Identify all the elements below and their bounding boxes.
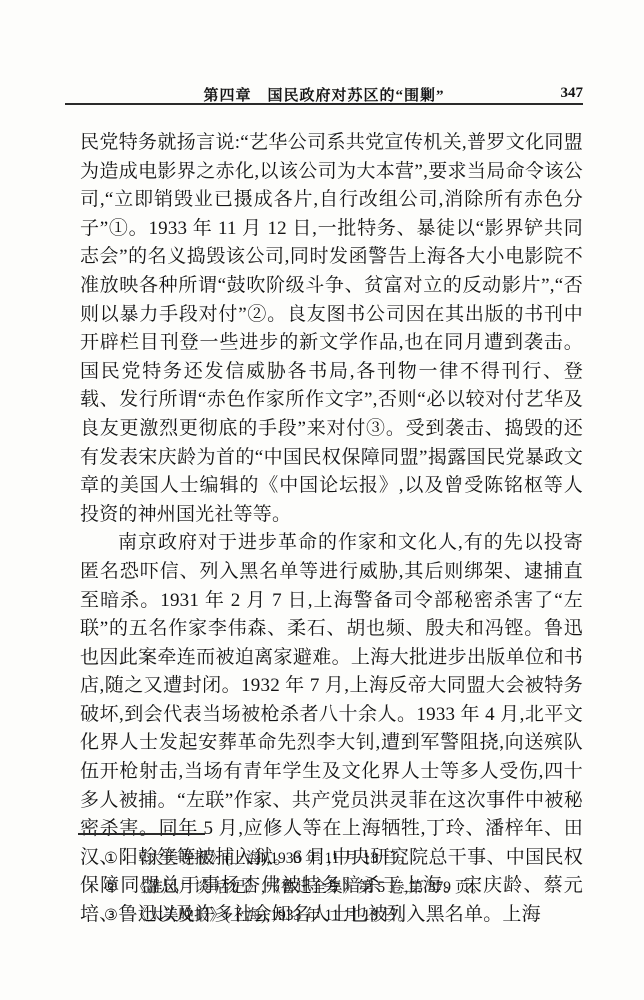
header-rule	[65, 103, 583, 105]
footnote-divider	[78, 833, 205, 835]
footnote-item: ③ 《大美晚报》(上海),1933 年 11 月 13 日。	[104, 902, 564, 931]
footnote-text: 《准风月谈·后记》,《鲁迅全集》第 5 卷,第 379 页。	[132, 874, 564, 903]
footnote-text: 《大美晚报》(上海),1933 年 11 月 13 日。	[132, 845, 564, 874]
paragraph: 民党特务就扬言说:“艺华公司系共党宣传机关,普罗文化同盟为造成电影界之赤化,以该…	[80, 129, 583, 529]
footnote-marker: ①	[104, 845, 122, 874]
footnote-text: 《大美晚报》(上海),1933 年 11 月 13 日。	[132, 902, 564, 931]
page-number: 347	[561, 85, 584, 102]
chapter-title: 第四章 国民政府对苏区的“围剿”	[65, 84, 583, 105]
book-page: 第四章 国民政府对苏区的“围剿” 347 民党特务就扬言说:“艺华公司系共党宣传…	[0, 0, 644, 1000]
footnotes: ① 《大美晚报》(上海),1933 年 11 月 13 日。 ② 《准风月谈·后…	[104, 845, 564, 931]
body-text: 民党特务就扬言说:“艺华公司系共党宣传机关,普罗文化同盟为造成电影界之赤化,以该…	[80, 129, 583, 930]
running-header: 第四章 国民政府对苏区的“围剿” 347	[65, 84, 583, 104]
footnote-item: ② 《准风月谈·后记》,《鲁迅全集》第 5 卷,第 379 页。	[104, 874, 564, 903]
footnote-marker: ③	[104, 902, 122, 931]
footnote-marker: ②	[104, 874, 122, 903]
footnote-item: ① 《大美晚报》(上海),1933 年 11 月 13 日。	[104, 845, 564, 874]
